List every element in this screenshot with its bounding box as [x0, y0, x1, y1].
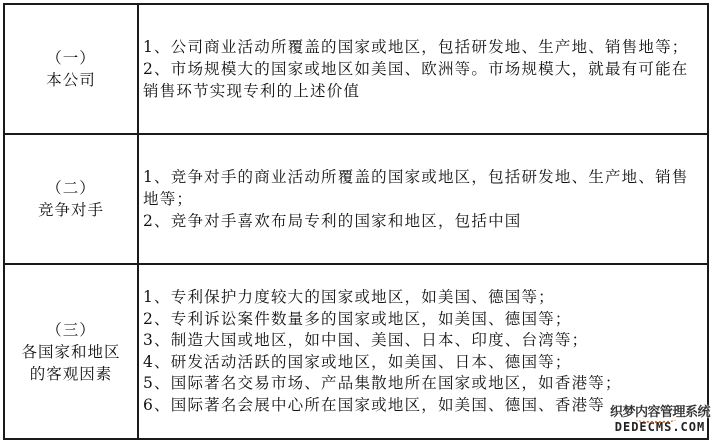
content-line: 2、专利诉讼案件数量多的国家或地区，如美国、德国等；: [143, 309, 701, 331]
category-title: 的客观因素: [5, 363, 137, 385]
content-line: 4、研发活动活跃的国家或地区，如美国、日本、德国等；: [143, 352, 701, 374]
content-cell-competitor: 1、竞争对手的商业活动所覆盖的国家或地区，包括研发地、生产地、销售地等； 2、竞…: [138, 134, 708, 264]
content-cell-objective-factors: 1、专利保护力度较大的国家或地区，如美国、德国等； 2、专利诉讼案件数量多的国家…: [138, 264, 708, 439]
category-cell-objective-factors: （三） 各国家和地区 的客观因素: [4, 264, 138, 439]
category-title: 竞争对手: [5, 199, 137, 221]
category-cell-competitor: （二） 竞争对手: [4, 134, 138, 264]
content-line: 1、公司商业活动所覆盖的国家或地区，包括研发地、生产地、销售地等；: [143, 36, 701, 58]
content-line: 2、竞争对手喜欢布局专利的国家和地区，包括中国: [143, 210, 701, 232]
content-line: 1、专利保护力度较大的国家或地区，如美国、德国等；: [143, 287, 701, 309]
table-row-company: （一） 本公司 1、公司商业活动所覆盖的国家或地区，包括研发地、生产地、销售地等…: [4, 4, 708, 134]
category-title: 各国家和地区: [5, 341, 137, 363]
content-line: 6、国际著名会展中心所在国家或地区，如美国、德国、香港等: [143, 395, 701, 417]
table-row-objective-factors: （三） 各国家和地区 的客观因素 1、专利保护力度较大的国家或地区，如美国、德国…: [4, 264, 708, 439]
strategy-table: （一） 本公司 1、公司商业活动所覆盖的国家或地区，包括研发地、生产地、销售地等…: [3, 3, 709, 440]
category-number: （三）: [5, 319, 137, 341]
table-row-competitor: （二） 竞争对手 1、竞争对手的商业活动所覆盖的国家或地区，包括研发地、生产地、…: [4, 134, 708, 264]
category-number: （二）: [5, 177, 137, 199]
category-cell-company: （一） 本公司: [4, 4, 138, 134]
category-title: 本公司: [5, 69, 137, 91]
category-number: （一）: [5, 47, 137, 69]
content-line: 3、制造大国或地区，如中国、美国、日本、印度、台湾等；: [143, 330, 701, 352]
content-line: 2、市场规模大的国家或地区如美国、欧洲等。市场规模大，就最有可能在销售环节实现专…: [143, 58, 701, 102]
content-cell-company: 1、公司商业活动所覆盖的国家或地区，包括研发地、生产地、销售地等； 2、市场规模…: [138, 4, 708, 134]
content-line: 1、竞争对手的商业活动所覆盖的国家或地区，包括研发地、生产地、销售地等；: [143, 166, 701, 210]
content-line: 5、国际著名交易市场、产品集散地所在国家或地区，如香港等；: [143, 373, 701, 395]
